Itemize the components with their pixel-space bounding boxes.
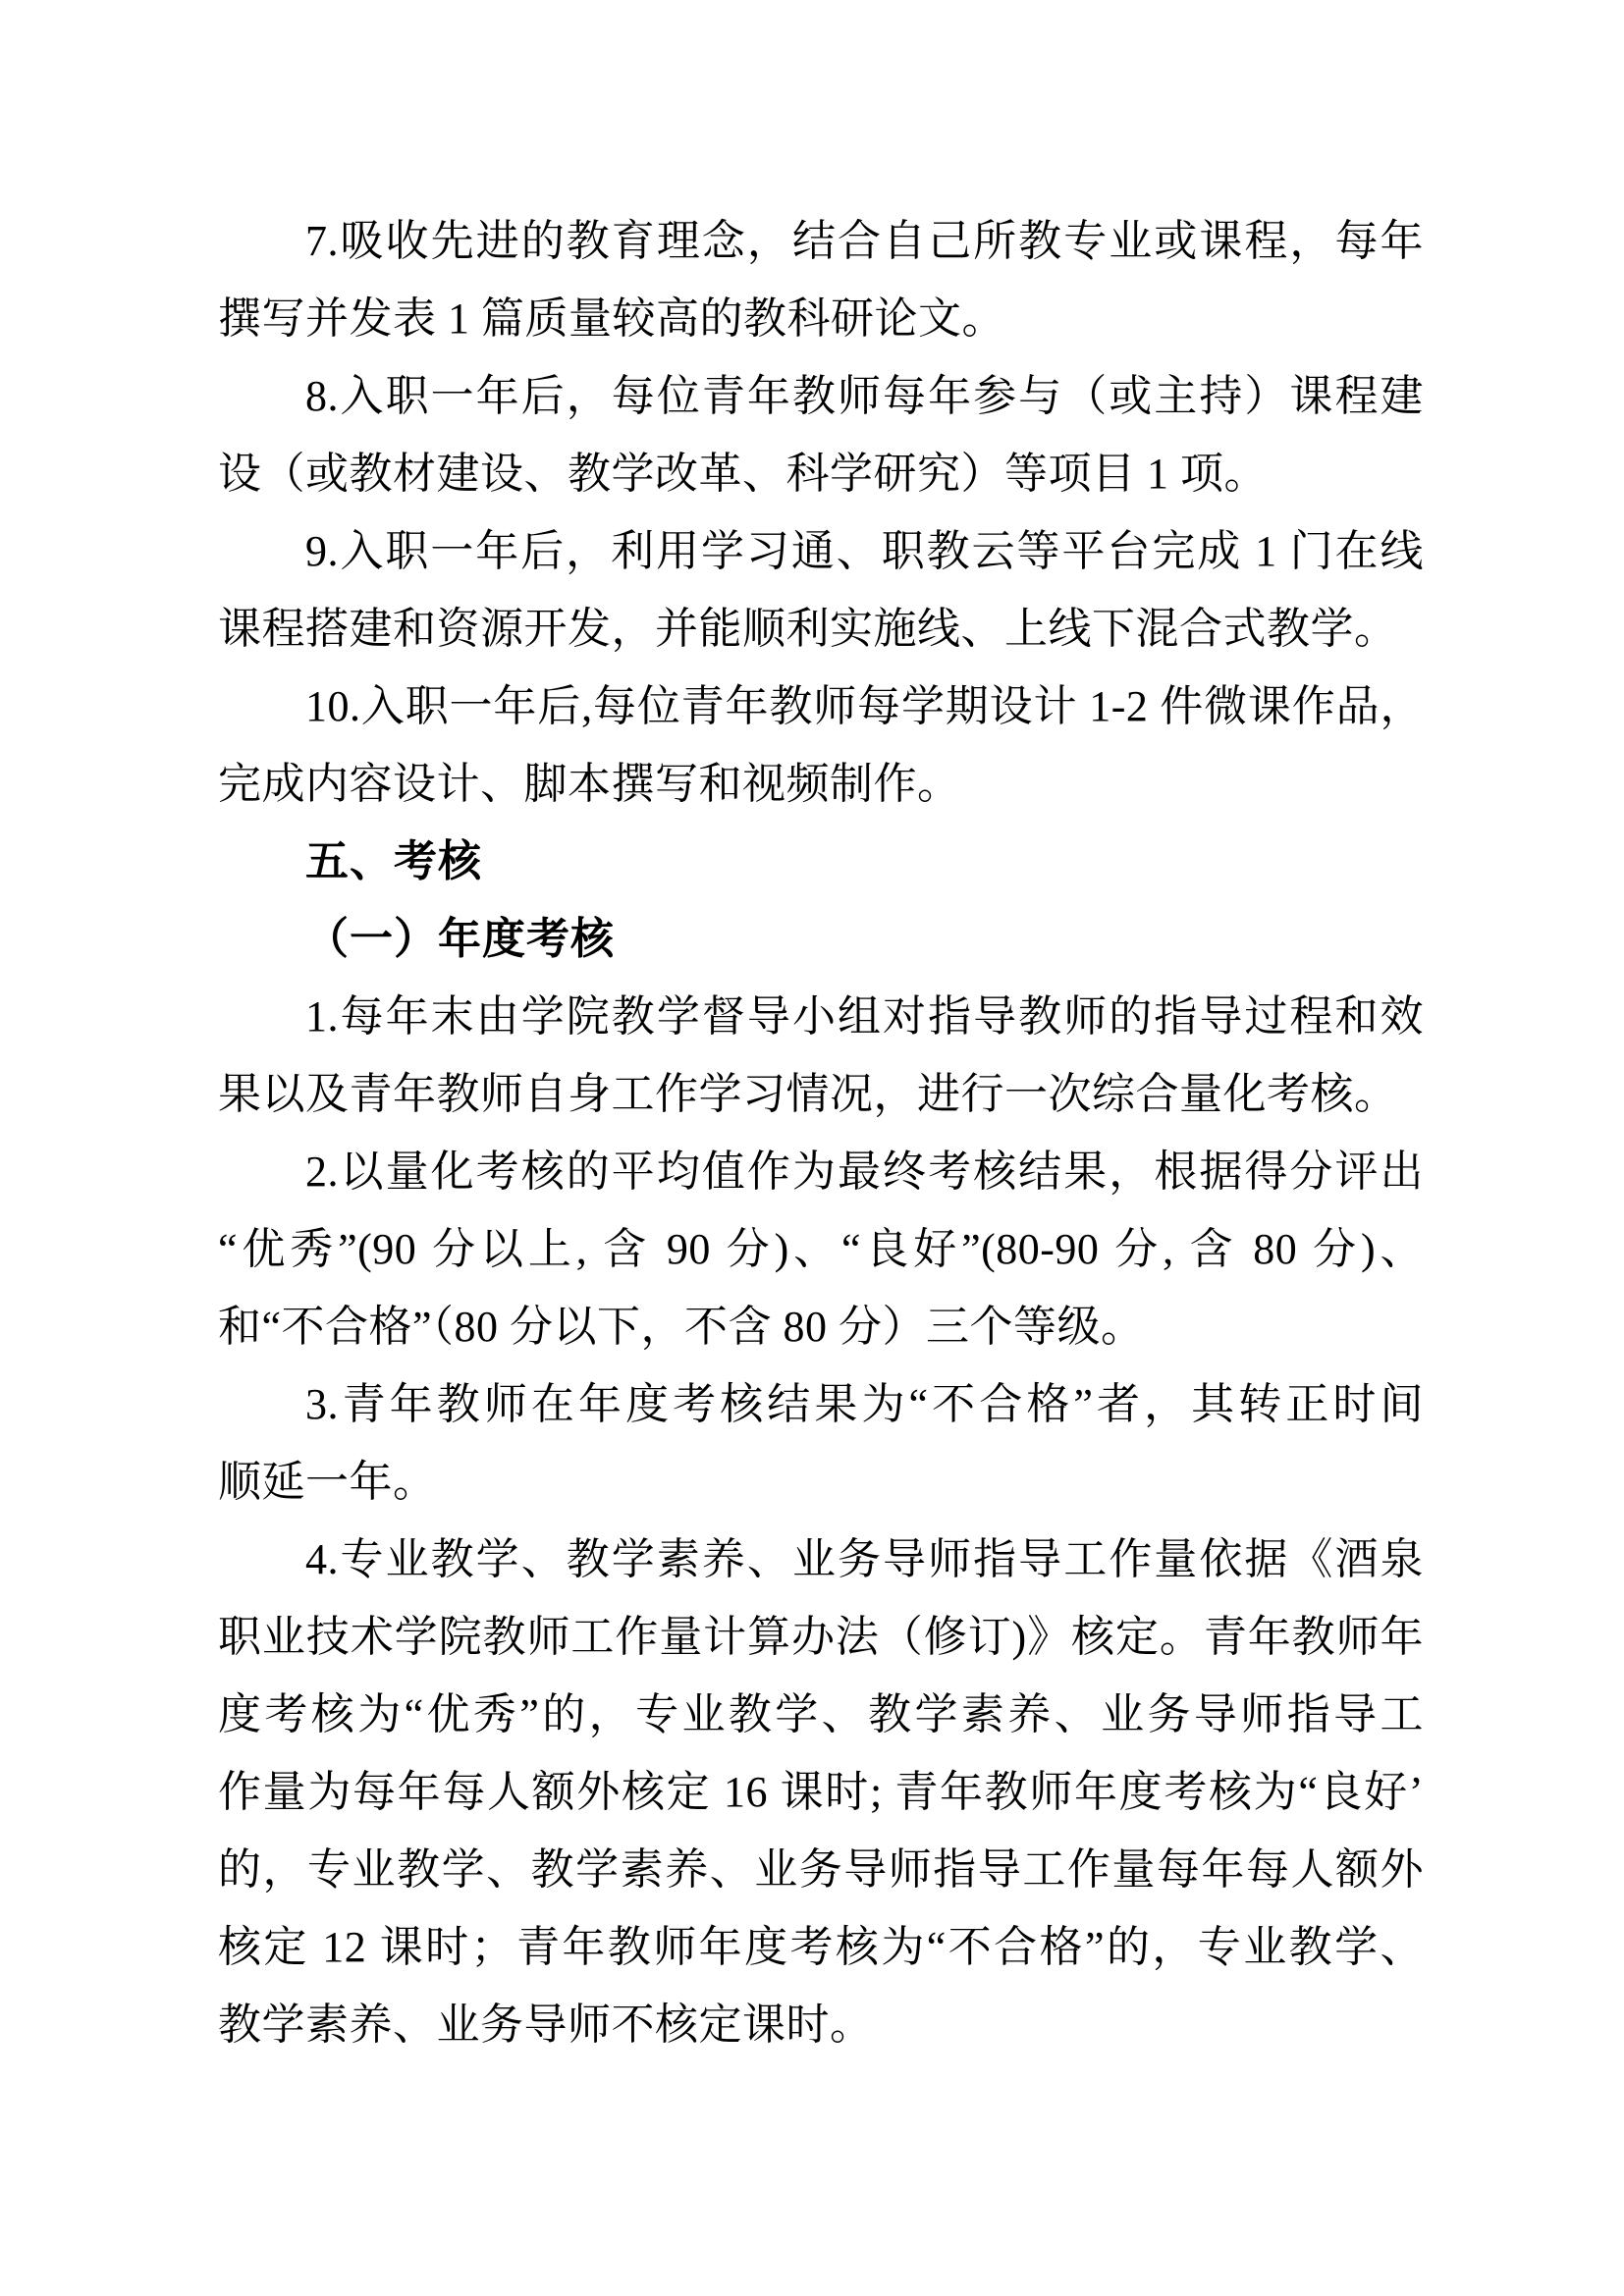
text-line: 1.每年末由学院教学督导小组对指导教师的指导过程和效 xyxy=(218,978,1424,1055)
text-line: 顺延一年。 xyxy=(218,1443,1424,1521)
text-line: 作量为每年每人额外核定 16 课时; 青年教师年度考核为“良好’ xyxy=(218,1753,1424,1831)
text-line: 设（或教材建设、教学改革、科学研究）等项目 1 项。 xyxy=(218,435,1424,512)
text-line: 7.吸收先进的教育理念，结合自己所教专业或课程，每年 xyxy=(218,202,1424,280)
body-paragraph: 7.吸收先进的教育理念，结合自己所教专业或课程，每年撰写并发表 1 篇质量较高的… xyxy=(218,202,1424,357)
body-paragraph: 1.每年末由学院教学督导小组对指导教师的指导过程和效果以及青年教师自身工作学习情… xyxy=(218,978,1424,1133)
text-line: 8.入职一年后，每位青年教师每年参与（或主持）课程建 xyxy=(218,357,1424,435)
text-line: 的，专业教学、教学素养、业务导师指导工作量每年每人额外 xyxy=(218,1831,1424,1908)
text-line: 度考核为“优秀”的，专业教学、教学素养、业务导师指导工 xyxy=(218,1676,1424,1753)
section-heading: （一）年度考核 xyxy=(218,900,1424,978)
text-line: 教学素养、业务导师不核定课时。 xyxy=(218,1986,1424,2063)
section-heading: 五、考核 xyxy=(218,823,1424,900)
text-line: 果以及青年教师自身工作学习情况，进行一次综合量化考核。 xyxy=(218,1055,1424,1133)
text-line: 核定 12 课时；青年教师年度考核为“不合格”的，专业教学、 xyxy=(218,1908,1424,1986)
text-line: “优秀”(90 分以上, 含 90 分)、“良好”(80-90 分, 含 80 … xyxy=(218,1210,1424,1288)
text-line: 课程搭建和资源开发，并能顺利实施线、上线下混合式教学。 xyxy=(218,590,1424,667)
text-line: 和“不合格”（80 分以下，不含 80 分）三个等级。 xyxy=(218,1288,1424,1365)
text-line: 2.以量化考核的平均值作为最终考核结果，根据得分评出 xyxy=(218,1133,1424,1210)
body-paragraph: 3.青年教师在年度考核结果为“不合格”者，其转正时间顺延一年。 xyxy=(218,1365,1424,1521)
body-paragraph: 10.入职一年后,每位青年教师每学期设计 1-2 件微课作品，完成内容设计、脚本… xyxy=(218,667,1424,823)
text-line: 9.入职一年后，利用学习通、职教云等平台完成 1 门在线 xyxy=(218,512,1424,590)
body-paragraph: 4.专业教学、教学素养、业务导师指导工作量依据《酒泉职业技术学院教师工作量计算办… xyxy=(218,1521,1424,2063)
text-line: 4.专业教学、教学素养、业务导师指导工作量依据《酒泉 xyxy=(218,1521,1424,1598)
body-paragraph: 9.入职一年后，利用学习通、职教云等平台完成 1 门在线课程搭建和资源开发，并能… xyxy=(218,512,1424,667)
text-line: 职业技术学院教师工作量计算办法（修订)》核定。青年教师年 xyxy=(218,1598,1424,1676)
body-paragraph: 2.以量化考核的平均值作为最终考核结果，根据得分评出“优秀”(90 分以上, 含… xyxy=(218,1133,1424,1365)
document-page: 7.吸收先进的教育理念，结合自己所教专业或课程，每年撰写并发表 1 篇质量较高的… xyxy=(0,0,1624,2296)
text-line: 10.入职一年后,每位青年教师每学期设计 1-2 件微课作品， xyxy=(218,667,1424,745)
text-line: 撰写并发表 1 篇质量较高的教科研论文。 xyxy=(218,280,1424,357)
text-line: 五、考核 xyxy=(218,823,1424,900)
text-line: （一）年度考核 xyxy=(218,900,1424,978)
body-paragraph: 8.入职一年后，每位青年教师每年参与（或主持）课程建设（或教材建设、教学改革、科… xyxy=(218,357,1424,512)
document-content: 7.吸收先进的教育理念，结合自己所教专业或课程，每年撰写并发表 1 篇质量较高的… xyxy=(218,202,1424,2063)
text-line: 完成内容设计、脚本撰写和视频制作。 xyxy=(218,745,1424,823)
text-line: 3.青年教师在年度考核结果为“不合格”者，其转正时间 xyxy=(218,1365,1424,1443)
